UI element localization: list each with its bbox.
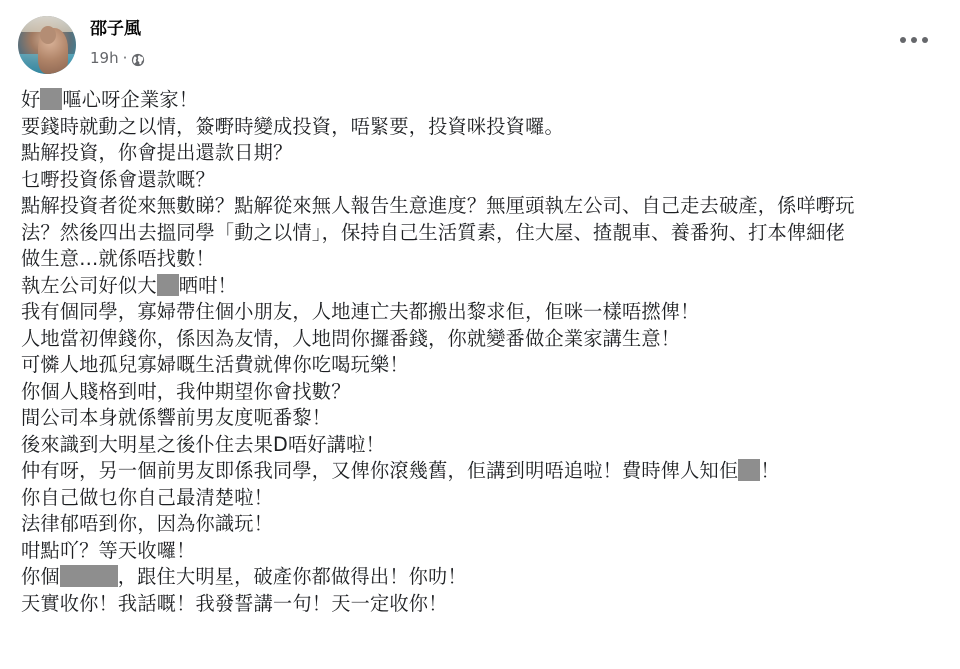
redaction-block [738, 459, 760, 481]
post-line: 要錢時就動之以情，簽嘢時變成投資，唔緊要，投資咪投資囉。 [21, 114, 941, 141]
post-line: 執左公司好似大晒咁！ [21, 273, 941, 300]
text-segment: 嘔心呀企業家！ [62, 88, 198, 111]
post-line: 間公司本身就係響前男友度呃番黎！ [21, 405, 941, 432]
text-segment: ，跟住大明星，破產你都做得出！你叻！ [118, 565, 467, 588]
post-line: 法律郁唔到你，因為你識玩！ [21, 511, 941, 538]
post-line: 點解投資，你會提出還款日期？ [21, 140, 941, 167]
post-subline: 19h · [90, 48, 145, 68]
post-meta: 邵子風 19h · [90, 22, 145, 68]
post-line: 做生意…就係唔找數！ [21, 246, 941, 273]
post-header: 邵子風 19h · [18, 16, 145, 74]
redaction-block [157, 274, 179, 296]
post-line: 你自己做乜你自己最清楚啦！ [21, 485, 941, 512]
post-line: 點解投資者從來無數睇？點解從來無人報告生意進度？無厘頭執左公司、自己走去破產，係… [21, 193, 941, 220]
globe-icon[interactable] [131, 52, 145, 66]
author-name[interactable]: 邵子風 [90, 18, 145, 40]
post-line: 法？然後四出去搵同學「動之以情」，保持自己生活質素，住大屋、揸靚車、養番狗、打本… [21, 220, 941, 247]
text-segment: 執左公司好似大 [21, 274, 157, 297]
facebook-post: 邵子風 19h · 好嘔心呀企業家！ 要錢時就動之以情，簽嘢時變成投資，唔緊要，… [0, 0, 960, 669]
post-line: 仲有呀，另一個前男友即係我同學，又俾你滾幾舊，佢講到明唔追啦！費時俾人知佢！ [21, 458, 941, 485]
more-dot-icon [922, 37, 928, 43]
post-line: 天實收你！我話嘅！我發誓講一句！天一定收你！ [21, 591, 941, 618]
post-line: 你個人賤格到咁，我仲期望你會找數？ [21, 379, 941, 406]
post-line: 好嘔心呀企業家！ [21, 87, 941, 114]
post-line: 咁點吖？等天收囉！ [21, 538, 941, 565]
post-line: 你個，跟住大明星，破產你都做得出！你叻！ [21, 564, 941, 591]
text-segment: 好 [21, 88, 40, 111]
more-options-button[interactable] [900, 33, 928, 47]
post-line: 我有個同學，寡婦帶住個小朋友，人地連亡夫都搬出黎求佢，佢咪一樣唔撚俾！ [21, 299, 941, 326]
text-segment: 晒咁！ [179, 274, 237, 297]
avatar-head [40, 26, 56, 44]
text-segment: ！ [760, 459, 779, 482]
post-line: 人地當初俾錢你，係因為友情，人地問你攞番錢，你就變番做企業家講生意！ [21, 326, 941, 353]
post-line: 後來識到大明星之後仆住去果D唔好講啦！ [21, 432, 941, 459]
separator-dot: · [123, 48, 128, 68]
redaction-block [40, 88, 62, 110]
more-dot-icon [900, 37, 906, 43]
more-dot-icon [911, 37, 917, 43]
post-body: 好嘔心呀企業家！ 要錢時就動之以情，簽嘢時變成投資，唔緊要，投資咪投資囉。 點解… [21, 87, 941, 617]
text-segment: 仲有呀，另一個前男友即係我同學，又俾你滾幾舊，佢講到明唔追啦！費時俾人知佢 [21, 459, 738, 482]
redaction-block [60, 565, 118, 587]
text-segment: 你個 [21, 565, 60, 588]
post-line: 乜嘢投資係會還款嘅？ [21, 167, 941, 194]
post-timestamp[interactable]: 19h [90, 48, 119, 68]
post-line: 可憐人地孤兒寡婦嘅生活費就俾你吃喝玩樂！ [21, 352, 941, 379]
author-avatar[interactable] [18, 16, 76, 74]
